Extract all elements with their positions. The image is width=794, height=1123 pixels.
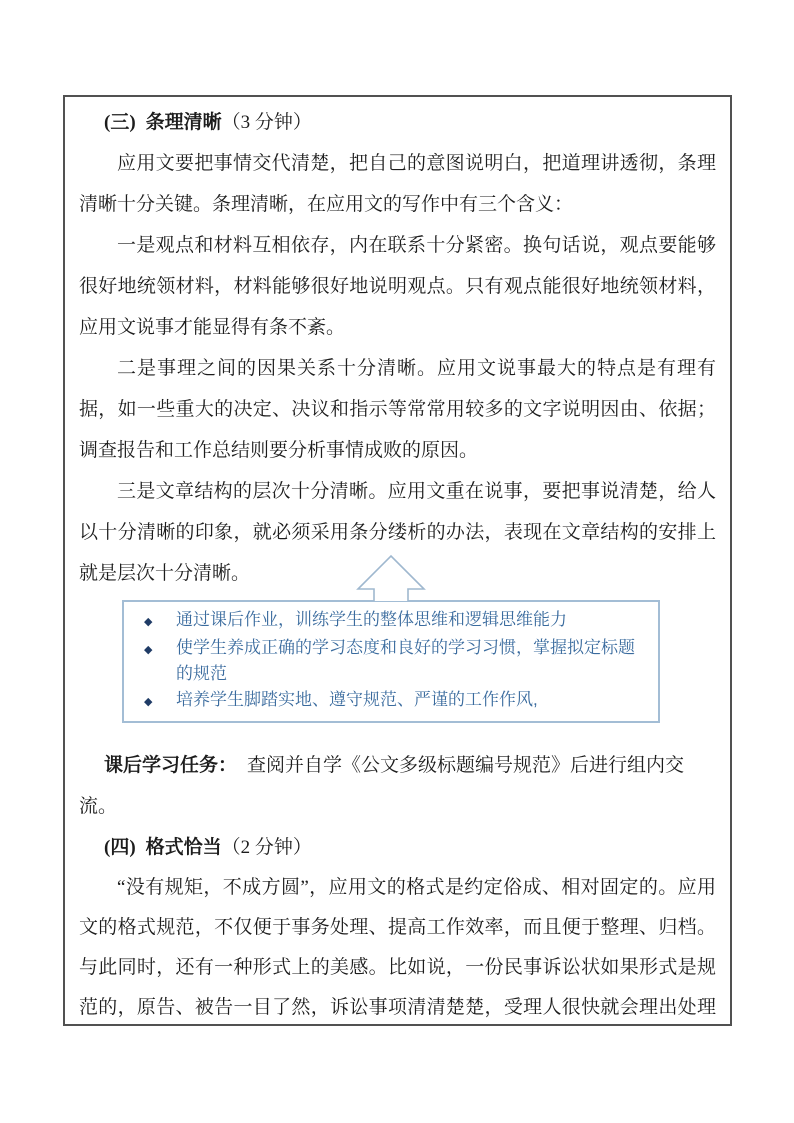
diamond-bullet-icon: ◆: [140, 689, 176, 715]
paragraph-intro: 应用文要把事情交代清楚，把自己的意图说明白，把道理讲透彻，条理清晰十分关键。条理…: [79, 143, 716, 225]
heading-number: (四): [104, 837, 136, 858]
heading-title: 格式恰当: [146, 837, 222, 858]
paragraph-point-1: 一是观点和材料互相依存，内在联系十分紧密。换句话说，观点要能够很好地统领材料，材…: [79, 225, 716, 348]
objectives-callout-box: ◆ 通过课后作业，训练学生的整体思维和逻辑思维能力 ◆ 使学生养成正确的学习态度…: [122, 600, 660, 723]
objective-item: ◆ 通过课后作业，训练学生的整体思维和逻辑思维能力: [140, 607, 650, 635]
heading-number: (三): [104, 112, 136, 133]
heading-title: 条理清晰: [146, 112, 222, 133]
objective-text: 培养学生脚踏实地、遵守规范、严谨的工作作风,: [176, 687, 650, 713]
diamond-bullet-icon: ◆: [140, 637, 176, 663]
heading-duration: （3 分钟）: [222, 112, 312, 133]
objective-item: ◆ 培养学生脚踏实地、遵守规范、严谨的工作作风,: [140, 687, 650, 715]
objectives-figure: ◆ 通过课后作业，训练学生的整体思维和逻辑思维能力 ◆ 使学生养成正确的学习态度…: [122, 554, 660, 723]
content-frame: (三)条理清晰（3 分钟） 应用文要把事情交代清楚，把自己的意图说明白，把道理讲…: [63, 95, 732, 1026]
objective-item: ◆ 使学生养成正确的学习态度和良好的学习习惯，掌握拟定标题的规范: [140, 635, 650, 687]
heading-duration: （2 分钟）: [222, 837, 312, 858]
paragraph-format: “没有规矩，不成方圆”，应用文的格式是约定俗成、相对固定的。应用文的格式规范，不…: [79, 868, 716, 1026]
section-heading-3: (三)条理清晰（3 分钟）: [79, 102, 716, 143]
objective-text: 通过课后作业，训练学生的整体思维和逻辑思维能力: [176, 607, 650, 633]
homework-line: 课后学习任务：查阅并自学《公文多级标题编号规范》后进行组内交流。: [79, 745, 716, 827]
diamond-bullet-icon: ◆: [140, 609, 176, 635]
homework-label: 课后学习任务：: [104, 755, 237, 776]
objective-text: 使学生养成正确的学习态度和良好的学习习惯，掌握拟定标题的规范: [176, 635, 650, 687]
document-page: { "colors": { "frame_border": "#515151",…: [0, 0, 794, 1123]
paragraph-point-2: 二是事理之间的因果关系十分清晰。应用文说事最大的特点是有理有据，如一些重大的决定…: [79, 348, 716, 471]
up-arrow-icon: [122, 554, 660, 600]
section-heading-4: (四)格式恰当（2 分钟）: [79, 827, 716, 868]
